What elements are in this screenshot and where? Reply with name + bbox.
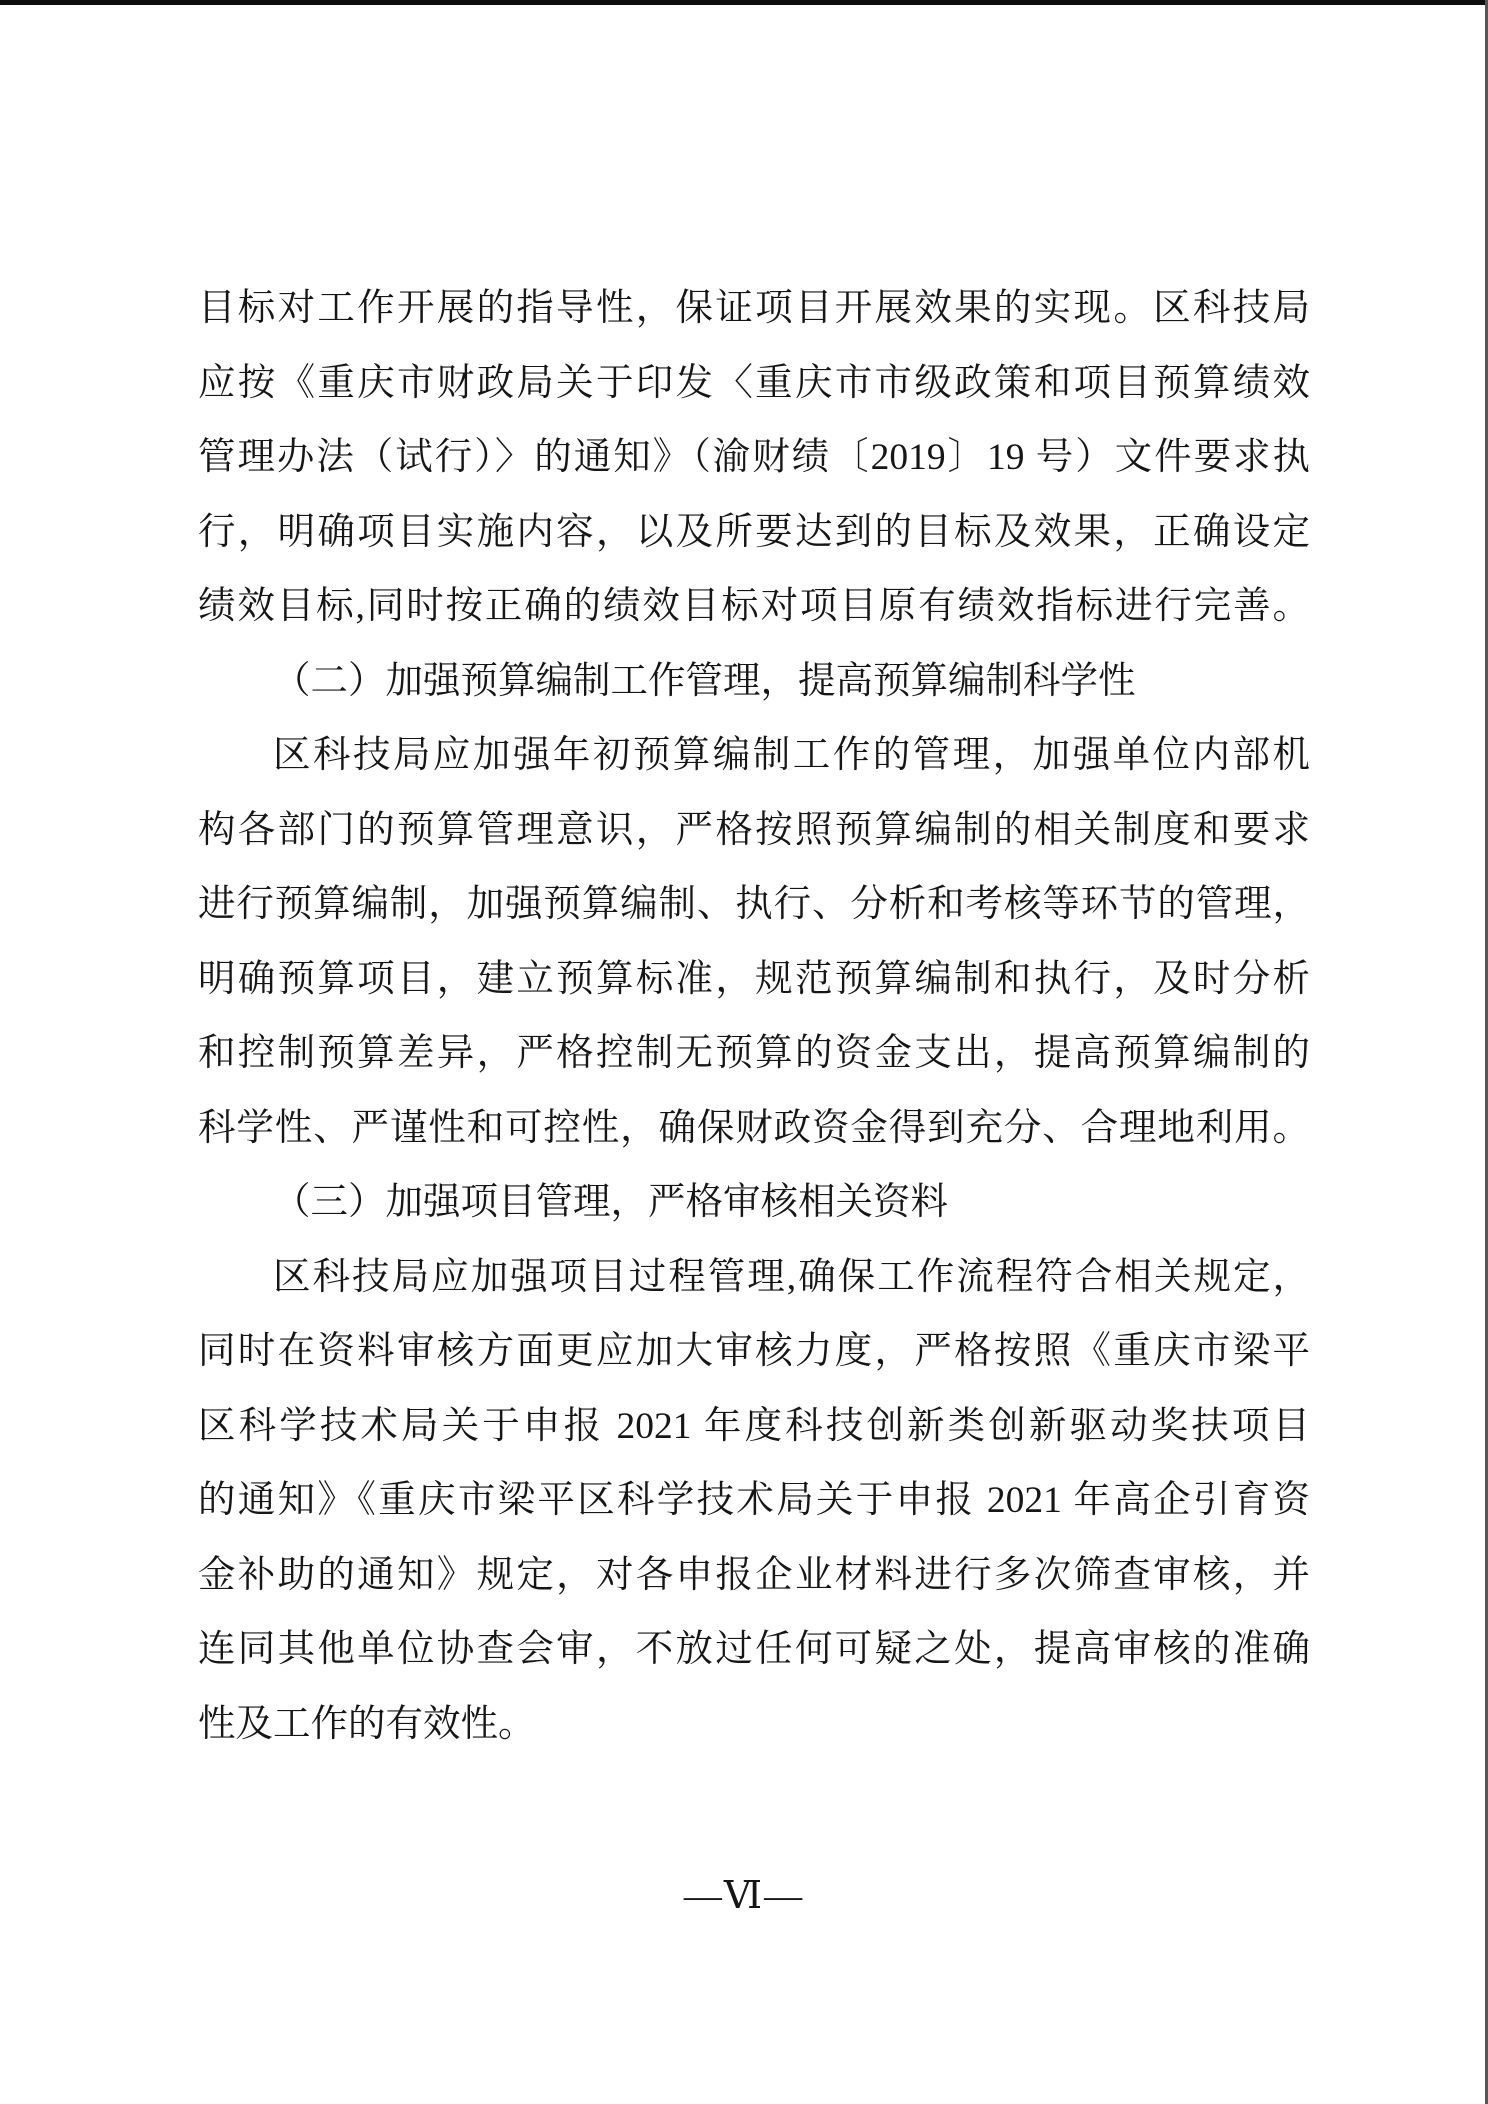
text-line: 连同其他单位协查会审，不放过任何可疑之处，提高审核的准确 [198, 1613, 1310, 1688]
page-number: —Ⅵ— [684, 1875, 804, 1917]
text-line: 性及工作的有效性。 [198, 1688, 1310, 1763]
text-line: 明确预算项目，建立预算标准，规范预算编制和执行，及时分析 [198, 943, 1310, 1018]
text-line: 区科技局应加强年初预算编制工作的管理，加强单位内部机 [198, 719, 1310, 794]
text-line: 区科学技术局关于申报 2021 年度科技创新类创新驱动奖扶项目 [198, 1390, 1310, 1465]
text-line: 应按《重庆市财政局关于印发〈重庆市市级政策和项目预算绩效 [198, 347, 1310, 422]
scan-edge-top [0, 0, 1488, 5]
text-line: （二）加强预算编制工作管理，提高预算编制科学性 [198, 645, 1310, 720]
text-line: 和控制预算差异，严格控制无预算的资金支出，提高预算编制的 [198, 1017, 1310, 1092]
text-line: 同时在资料审核方面更应加大审核力度，严格按照《重庆市梁平 [198, 1315, 1310, 1390]
document-page: 目标对工作开展的指导性，保证项目开展效果的实现。区科技局应按《重庆市财政局关于印… [0, 0, 1488, 2104]
text-line: 管理办法（试行）〉的通知》（渝财绩〔2019〕19 号）文件要求执 [198, 421, 1310, 496]
text-line: 绩效目标,同时按正确的绩效目标对项目原有绩效指标进行完善。 [198, 570, 1310, 645]
text-line: （三）加强项目管理，严格审核相关资料 [198, 1166, 1310, 1241]
text-line: 构各部门的预算管理意识，严格按照预算编制的相关制度和要求 [198, 794, 1310, 869]
document-body: 目标对工作开展的指导性，保证项目开展效果的实现。区科技局应按《重庆市财政局关于印… [198, 272, 1310, 1762]
text-line: 进行预算编制，加强预算编制、执行、分析和考核等环节的管理， [198, 868, 1310, 943]
page-footer: —Ⅵ— [0, 1872, 1488, 1920]
text-line: 的通知》《重庆市梁平区科学技术局关于申报 2021 年高企引育资 [198, 1464, 1310, 1539]
text-line: 行，明确项目实施内容，以及所要达到的目标及效果，正确设定 [198, 496, 1310, 571]
text-line: 目标对工作开展的指导性，保证项目开展效果的实现。区科技局 [198, 272, 1310, 347]
text-line: 科学性、严谨性和可控性，确保财政资金得到充分、合理地利用。 [198, 1092, 1310, 1167]
text-line: 区科技局应加强项目过程管理,确保工作流程符合相关规定， [198, 1241, 1310, 1316]
text-line: 金补助的通知》规定，对各申报企业材料进行多次筛查审核，并 [198, 1539, 1310, 1614]
